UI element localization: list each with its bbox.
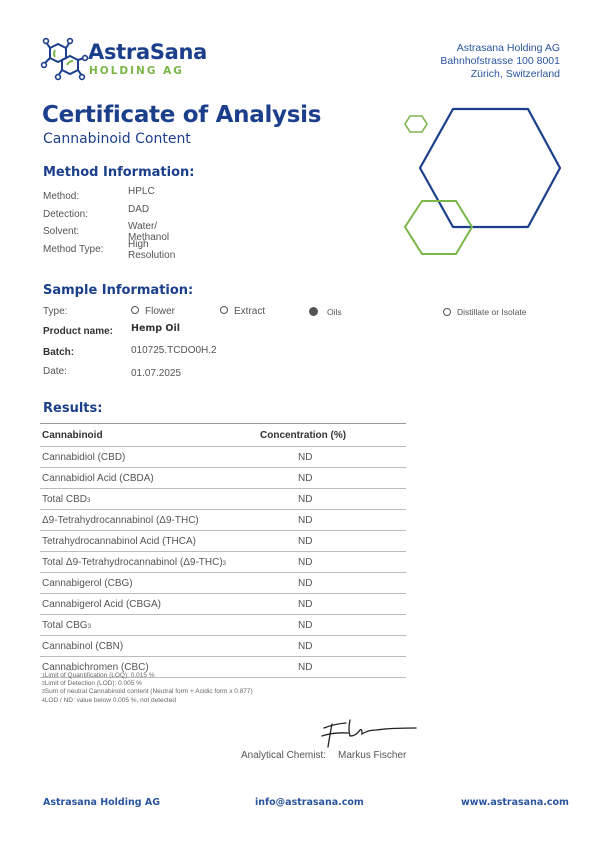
- concentration-value: ND: [298, 599, 312, 610]
- footer-company: Astrasana Holding AG: [43, 797, 160, 808]
- type-option-distillate[interactable]: Distillate or Isolate: [443, 307, 526, 317]
- footnotes: 1Limit of Quantification (LOQ): 0.015 %2…: [42, 672, 253, 705]
- concentration-value: ND: [298, 473, 312, 484]
- column-header-cannabinoid: Cannabinoid: [42, 430, 103, 441]
- cannabinoid-name: Cannabigerol (CBG): [42, 578, 133, 589]
- molecule-hexagon-icon: [40, 36, 88, 82]
- results-table: Cannabinoid Concentration (%) Cannabidio…: [40, 423, 406, 678]
- footnote: 4LOD / ND: value below 0.005 %, not dete…: [42, 697, 253, 705]
- method-type-label: Method Type:: [43, 244, 103, 255]
- radio-unchecked-icon: [443, 308, 451, 316]
- table-row: Total Δ9-Tetrahydrocannabinol (Δ9-THC)3N…: [40, 551, 406, 572]
- decorative-hexagons-icon: [395, 100, 575, 270]
- sample-heading: Sample Information:: [43, 283, 193, 298]
- column-header-concentration: Concentration (%): [260, 430, 346, 441]
- method-heading: Method Information:: [43, 165, 194, 180]
- radio-unchecked-icon: [131, 306, 139, 314]
- chemist-name: Markus Fischer: [338, 750, 406, 761]
- radio-checked-icon: [309, 307, 318, 316]
- cannabinoid-name: Δ9-Tetrahydrocannabinol (Δ9-THC): [42, 515, 199, 526]
- table-row: Cannabidiol Acid (CBDA)ND: [40, 467, 406, 488]
- cannabinoid-name: Total CBD3: [42, 494, 90, 505]
- document-subtitle: Cannabinoid Content: [43, 131, 191, 147]
- cannabinoid-name: Total CBG3: [42, 620, 91, 631]
- product-name-value: Hemp Oil: [131, 323, 180, 334]
- footnote-text: Limit of Detection (LOD): 0.005 %: [45, 680, 142, 687]
- footer-website-link[interactable]: www.astrasana.com: [461, 797, 569, 808]
- product-name-label: Product name:: [43, 326, 113, 337]
- table-row: Tetrahydrocannabinol Acid (THCA)ND: [40, 530, 406, 551]
- radio-unchecked-icon: [220, 306, 228, 314]
- concentration-value: ND: [298, 620, 312, 631]
- table-row: Δ9-Tetrahydrocannabinol (Δ9-THC)ND: [40, 509, 406, 530]
- type-option-label: Distillate or Isolate: [457, 307, 526, 317]
- table-row: Total CBD3ND: [40, 488, 406, 509]
- concentration-value: ND: [298, 515, 312, 526]
- results-heading: Results:: [43, 401, 102, 416]
- cannabinoid-name: Cannabidiol Acid (CBDA): [42, 473, 154, 484]
- table-header: Cannabinoid Concentration (%): [40, 423, 406, 446]
- concentration-value: ND: [298, 662, 312, 673]
- footnote-text: LOD / ND: value below 0.005 %, not detec…: [45, 697, 176, 704]
- chemist-label: Analytical Chemist:: [241, 750, 326, 761]
- address-line-1: Astrasana Holding AG: [440, 42, 560, 55]
- footnote-ref: 3: [223, 561, 226, 567]
- footnote: 1Limit of Quantification (LOQ): 0.015 %: [42, 672, 253, 680]
- method-label: Method:: [43, 191, 79, 202]
- logo-name: AstraSana: [88, 40, 207, 64]
- company-address: Astrasana Holding AG Bahnhofstrasse 100 …: [440, 42, 560, 81]
- concentration-value: ND: [298, 578, 312, 589]
- footnote-text: Limit of Quantification (LOQ): 0.015 %: [45, 672, 155, 679]
- cannabinoid-name: Total Δ9-Tetrahydrocannabinol (Δ9-THC)3: [42, 557, 226, 568]
- date-label: Date:: [43, 366, 67, 377]
- table-row: Cannabidiol (CBD)ND: [40, 446, 406, 467]
- footer-email-link[interactable]: info@astrasana.com: [255, 797, 364, 808]
- method-value: HPLC: [128, 186, 155, 197]
- logo-subtitle: HOLDING AG: [89, 65, 184, 77]
- cannabinoid-name: Cannabigerol Acid (CBGA): [42, 599, 161, 610]
- type-option-label: Flower: [145, 306, 175, 317]
- concentration-value: ND: [298, 494, 312, 505]
- cannabinoid-name: Cannabidiol (CBD): [42, 452, 125, 463]
- batch-label: Batch:: [43, 347, 74, 358]
- cannabinoid-name: Tetrahydrocannabinol Acid (THCA): [42, 536, 196, 547]
- concentration-value: ND: [298, 452, 312, 463]
- table-row: Cannabigerol (CBG)ND: [40, 572, 406, 593]
- footnote: 2Limit of Detection (LOD): 0.005 %: [42, 680, 253, 688]
- table-row: Cannabigerol Acid (CBGA)ND: [40, 593, 406, 614]
- method-info: Method: HPLC Detection: DAD Solvent: Wat…: [43, 186, 103, 256]
- type-option-oils[interactable]: Oils: [309, 307, 342, 317]
- type-option-label: Oils: [327, 307, 342, 317]
- type-option-flower[interactable]: Flower: [131, 306, 175, 317]
- date-value: 01.07.2025: [131, 368, 181, 379]
- signature-icon: [320, 714, 420, 750]
- footnote: 3Sum of neutral Cannabinoid content (Neu…: [42, 688, 253, 696]
- detection-value: DAD: [128, 204, 149, 215]
- table-row: Cannabinol (CBN)ND: [40, 635, 406, 656]
- company-logo: AstraSana HOLDING AG: [40, 36, 220, 82]
- address-line-3: Zürich, Switzerland: [440, 68, 560, 81]
- method-type-value: High Resolution: [128, 239, 175, 261]
- solvent-label: Solvent:: [43, 226, 79, 237]
- batch-value: 010725.TCDO0H.2: [131, 345, 217, 356]
- footnote-text: Sum of neutral Cannabinoid content (Neut…: [45, 688, 253, 695]
- type-option-label: Extract: [234, 306, 265, 317]
- footnote-ref: 3: [87, 498, 90, 504]
- type-label: Type:: [43, 306, 67, 317]
- document-title: Certificate of Analysis: [42, 102, 321, 128]
- type-option-extract[interactable]: Extract: [220, 306, 265, 317]
- cannabinoid-name: Cannabinol (CBN): [42, 641, 123, 652]
- address-line-2: Bahnhofstrasse 100 8001: [440, 55, 560, 68]
- concentration-value: ND: [298, 641, 312, 652]
- table-row: Total CBG3ND: [40, 614, 406, 635]
- footnote-ref: 3: [88, 624, 91, 630]
- detection-label: Detection:: [43, 209, 88, 220]
- concentration-value: ND: [298, 536, 312, 547]
- concentration-value: ND: [298, 557, 312, 568]
